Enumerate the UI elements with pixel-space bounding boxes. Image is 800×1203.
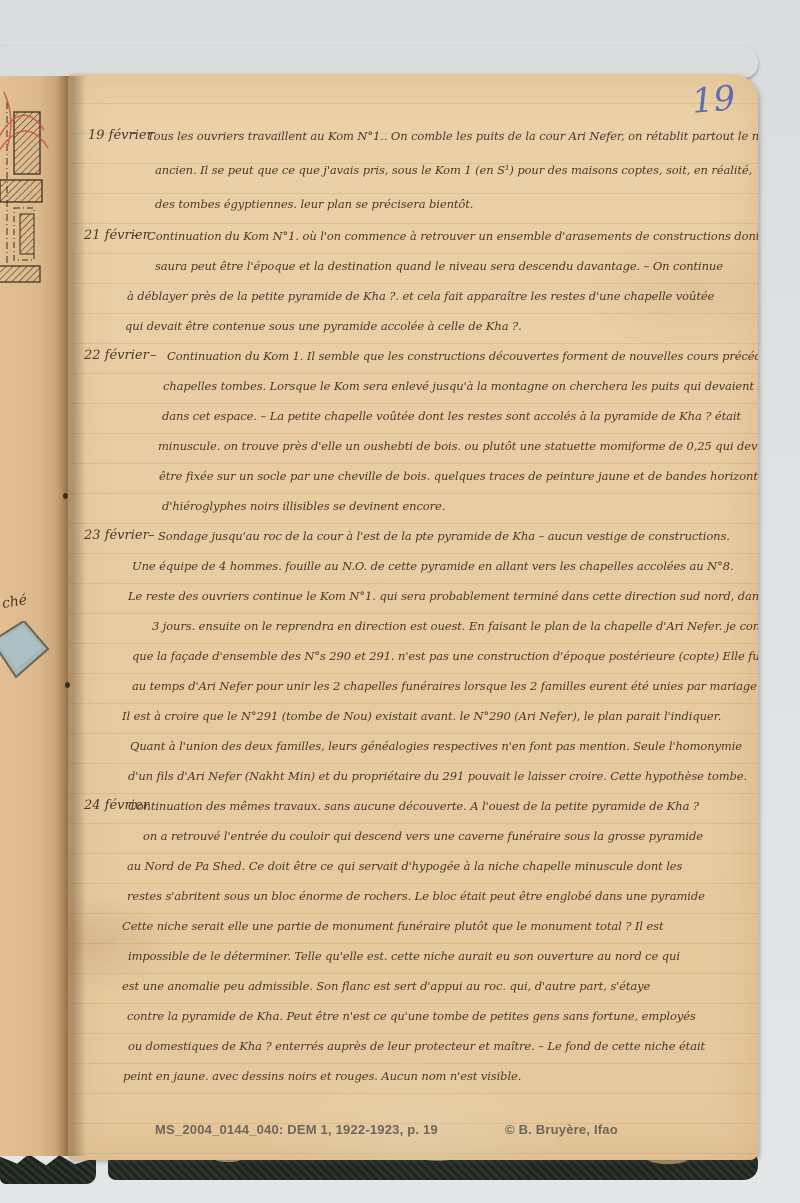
entry-date: 23 février xyxy=(84,521,149,551)
facing-page-watercolor-fragment xyxy=(0,621,52,681)
entry-line: est une anomalie peu admissible. Son fla… xyxy=(122,971,758,1001)
entry-line: au temps d'Ari Nefer pour unir les 2 cha… xyxy=(132,671,758,701)
entry-line: Quant à l'union des deux familles, leurs… xyxy=(130,731,758,761)
entry-line: ancien. Il se peut que ce que j'avais pr… xyxy=(155,153,758,187)
entry-line: Sondage jusqu'au roc de la cour à l'est … xyxy=(158,521,758,551)
scan-footer: MS_2004_0144_040: DEM 1, 1922-1923, p. 1… xyxy=(68,1122,758,1142)
journal-entry-19-feb: 19 février – Tous les ouvriers travaille… xyxy=(68,119,758,221)
journal-entry-23-feb: 23 février – Sondage jusqu'au roc de la … xyxy=(68,521,758,791)
entry-line: Continuation du Kom 1. Il semble que les… xyxy=(167,341,758,371)
entry-line: Le reste des ouvriers continue le Kom N°… xyxy=(128,581,758,611)
entry-line: Cette niche serait elle une partie de mo… xyxy=(122,911,758,941)
entry-line: contre la pyramide de Kha. Peut être n'e… xyxy=(127,1001,758,1031)
entry-line: être fixée sur un socle par une cheville… xyxy=(159,461,758,491)
entry-line: Continuation du Kom N°1. où l'on commenc… xyxy=(147,221,758,251)
entry-separator: – xyxy=(130,119,137,149)
sketch-hatched-walls xyxy=(0,102,42,282)
facing-page-sliver: ché xyxy=(0,76,70,1156)
entry-line: d'un fils d'Ari Nefer (Nakht Min) et du … xyxy=(128,761,758,791)
gutter-ink-dot xyxy=(63,493,68,499)
entry-line: que la façade d'ensemble des N°s 290 et … xyxy=(132,641,758,671)
entry-line: minuscule. on trouve près d'elle un oush… xyxy=(158,431,758,461)
gutter-ink-dot xyxy=(65,682,70,688)
entry-line: impossible de le déterminer. Telle qu'el… xyxy=(128,941,758,971)
journal-entry-21-feb: 21 février – Continuation du Kom N°1. où… xyxy=(68,221,758,341)
entry-date: 22 février xyxy=(84,341,149,371)
entry-line: chapelles tombes. Lorsque le Kom sera en… xyxy=(163,371,758,401)
entry-line: dans cet espace. – La petite chapelle vo… xyxy=(162,401,758,431)
journal-entry-24-feb: 24 février Continuation des mêmes travau… xyxy=(68,791,758,1091)
entry-line: d'hiéroglyphes noirs illisibles se devin… xyxy=(162,491,758,521)
entry-line: Une équipe de 4 hommes. fouille au N.O. … xyxy=(132,551,758,581)
entry-date: 21 février xyxy=(84,221,149,251)
entry-line: Continuation des mêmes travaux. sans auc… xyxy=(128,791,758,821)
entry-line: au Nord de Pa Shed. Ce doit être ce qui … xyxy=(127,851,758,881)
journal-entry-22-feb: 22 février – Continuation du Kom 1. Il s… xyxy=(68,341,758,521)
entry-separator: – xyxy=(150,341,157,371)
footer-caption: MS_2004_0144_040: DEM 1, 1922-1923, p. 1… xyxy=(155,1122,438,1137)
entry-separator: – xyxy=(132,221,139,251)
facing-page-plan-sketch xyxy=(0,88,70,303)
entry-line: 3 jours. ensuite on le reprendra en dire… xyxy=(152,611,758,641)
journal-entries: 19 février – Tous les ouvriers travaille… xyxy=(68,119,758,1091)
entry-line: à déblayer près de la petite pyramide de… xyxy=(127,281,758,311)
journal-page: 19 19 février – Tous les ouvriers travai… xyxy=(68,74,758,1160)
entry-line: des tombes égyptiennes. leur plan se pré… xyxy=(155,187,758,221)
entry-line: ou domestiques de Kha ? enterrés auprès … xyxy=(128,1031,758,1061)
entry-date: 19 février xyxy=(88,119,153,149)
entry-line: Tous les ouvriers travaillent au Kom N°1… xyxy=(147,119,758,153)
facing-page-margin-note: ché xyxy=(1,592,29,612)
footer-credit: © B. Bruyère, Ifao xyxy=(505,1122,618,1137)
entry-date: 24 février xyxy=(84,791,149,821)
entry-line: Il est à croire que le N°291 (tombe de N… xyxy=(122,701,758,731)
scan-bed: ché 19 19 février – Tous les ouvriers tr… xyxy=(0,0,800,1203)
entry-line: on a retrouvé l'entrée du couloir qui de… xyxy=(143,821,758,851)
entry-separator: – xyxy=(148,521,155,551)
page-number: 19 xyxy=(690,78,737,122)
entry-line: restes s'abritent sous un bloc énorme de… xyxy=(127,881,758,911)
entry-line: saura peut être l'époque et la destinati… xyxy=(155,251,758,281)
entry-line: qui devait être contenue sous une pyrami… xyxy=(125,311,758,341)
entry-line: peint en jaune. avec dessins noirs et ro… xyxy=(123,1061,758,1091)
